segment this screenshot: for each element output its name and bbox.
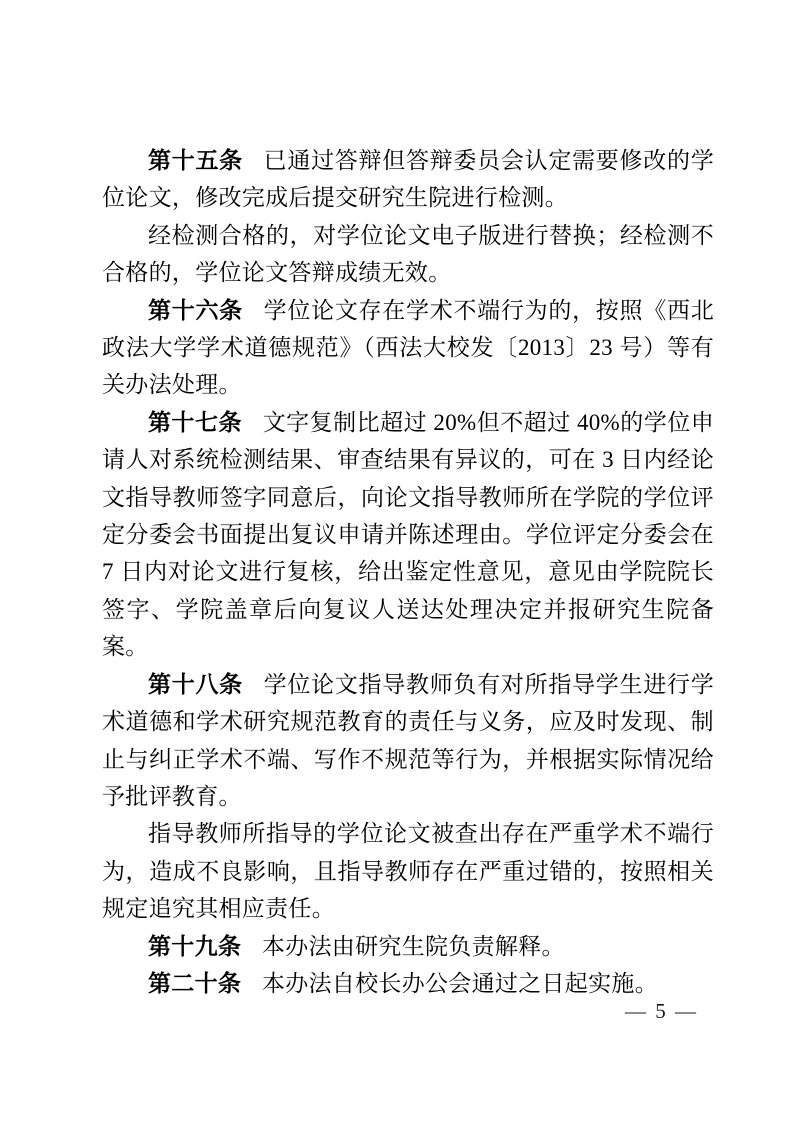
article-number-label: 第十八条	[148, 672, 243, 697]
paragraph-text: 本办法由研究生院负责解释。	[262, 934, 565, 959]
paragraph-text: 文字复制比超过 20%但不超过 40%的学位申请人对系统检测结果、审查结果有异议…	[102, 410, 714, 659]
document-page: 第十五条已通过答辩但答辩委员会认定需要修改的学位论文，修改完成后提交研究生院进行…	[0, 0, 793, 1122]
paragraph-text: 经检测合格的，对学位论文电子版进行替换；经检测不合格的，学位论文答辩成绩无效。	[102, 223, 714, 285]
paragraph-article-19: 第十九条本办法由研究生院负责解释。	[102, 928, 714, 965]
paragraph-article-15: 第十五条已通过答辩但答辩委员会认定需要修改的学位论文，修改完成后提交研究生院进行…	[102, 142, 714, 217]
paragraph-text: 指导教师所指导的学位论文被查出存在严重学术不端行为，造成不良影响，且指导教师存在…	[102, 821, 714, 921]
article-number-label: 第二十条	[148, 971, 241, 996]
paragraph-article-17: 第十七条文字复制比超过 20%但不超过 40%的学位申请人对系统检测结果、审查结…	[102, 404, 714, 666]
paragraph-text: 本办法自校长办公会通过之日起实施。	[262, 971, 658, 996]
paragraph-article-18-cont: 指导教师所指导的学位论文被查出存在严重学术不端行为，造成不良影响，且指导教师存在…	[102, 815, 714, 927]
article-number-label: 第十七条	[148, 410, 242, 435]
article-number-label: 第十五条	[148, 148, 243, 173]
paragraph-article-16: 第十六条学位论文存在学术不端行为的，按照《西北政法大学学术道德规范》（西法大校发…	[102, 292, 714, 404]
page-number: — 5 —	[625, 999, 698, 1024]
document-body: 第十五条已通过答辩但答辩委员会认定需要修改的学位论文，修改完成后提交研究生院进行…	[102, 142, 714, 1002]
article-number-label: 第十九条	[148, 934, 241, 959]
paragraph-article-20: 第二十条本办法自校长办公会通过之日起实施。	[102, 965, 714, 1002]
paragraph-article-15-cont: 经检测合格的，对学位论文电子版进行替换；经检测不合格的，学位论文答辩成绩无效。	[102, 217, 714, 292]
paragraph-article-18: 第十八条学位论文指导教师负有对所指导学生进行学术道德和学术研究规范教育的责任与义…	[102, 666, 714, 816]
article-number-label: 第十六条	[148, 298, 243, 323]
